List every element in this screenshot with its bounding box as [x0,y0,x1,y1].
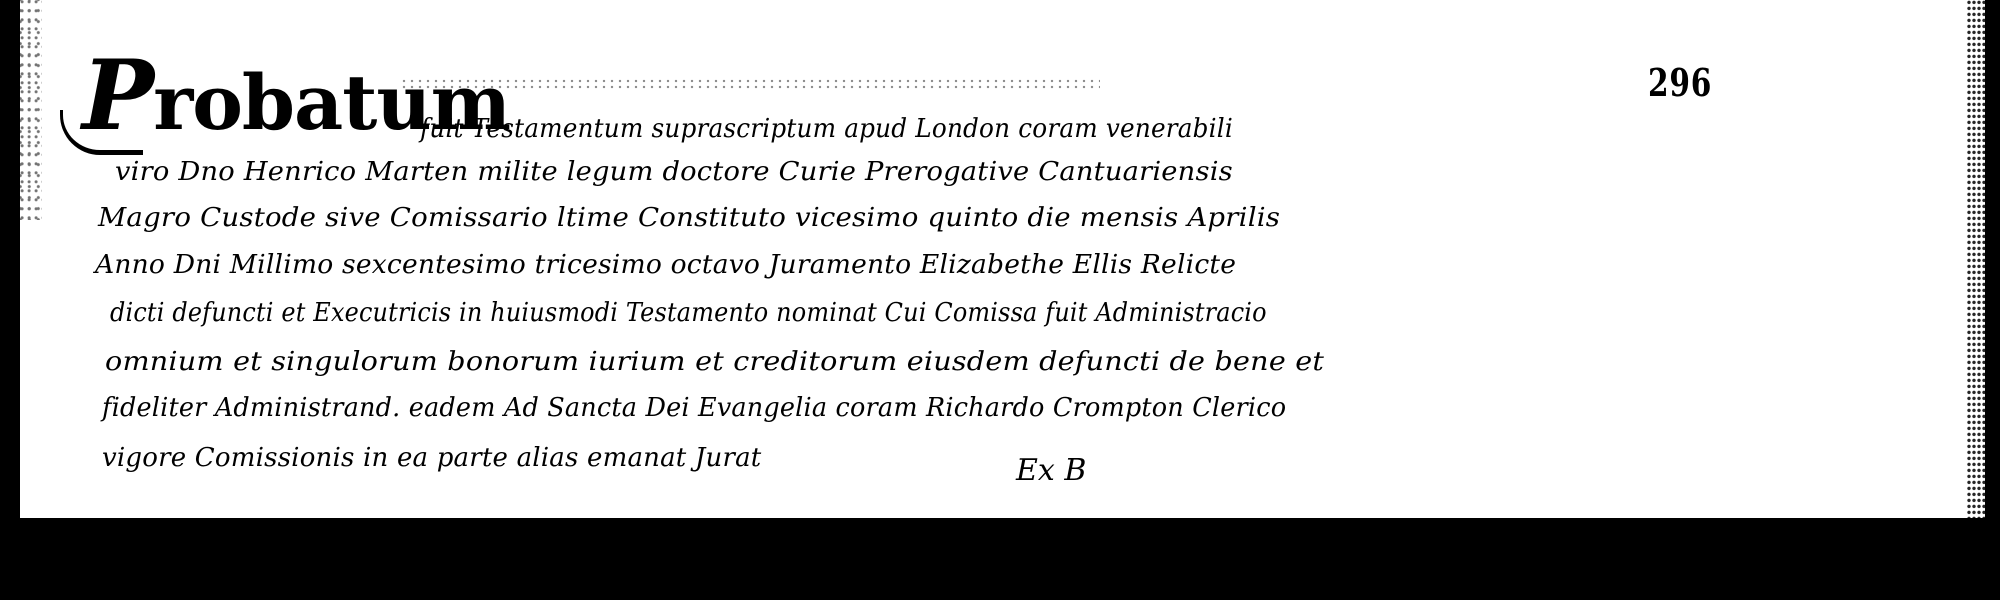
text-line-8: vigore Comissionis in ea parte alias ema… [102,443,761,473]
scan-border-bottom [0,518,2000,600]
scan-border-right [1985,0,2000,600]
manuscript-page: 296 Probatum fuit Testamentum suprascrip… [20,0,1985,518]
text-line-2: viro Dno Henrico Marten milite legum doc… [115,157,1233,187]
scan-noise-right [1967,0,1985,518]
folio-number: 296 [1648,60,1712,105]
text-line-3: Magro Custode sive Comissario ltime Cons… [98,203,1280,233]
scan-noise-left [20,0,42,220]
text-line-1: fuit Testamentum suprascriptum apud Lond… [420,114,1233,144]
text-line-5: dicti defuncti et Executricis in huiusmo… [110,298,1267,328]
text-line-4: Anno Dni Millimo sexcentesimo tricesimo … [95,250,1236,280]
text-line-7: fideliter Administrand. eadem Ad Sancta … [102,393,1286,423]
text-line-6: omnium et singulorum bonorum iurium et c… [105,347,1324,377]
scan-border-left [0,0,20,600]
heading-initial: P [82,39,153,152]
closing-mark: Ex B [1016,453,1086,488]
